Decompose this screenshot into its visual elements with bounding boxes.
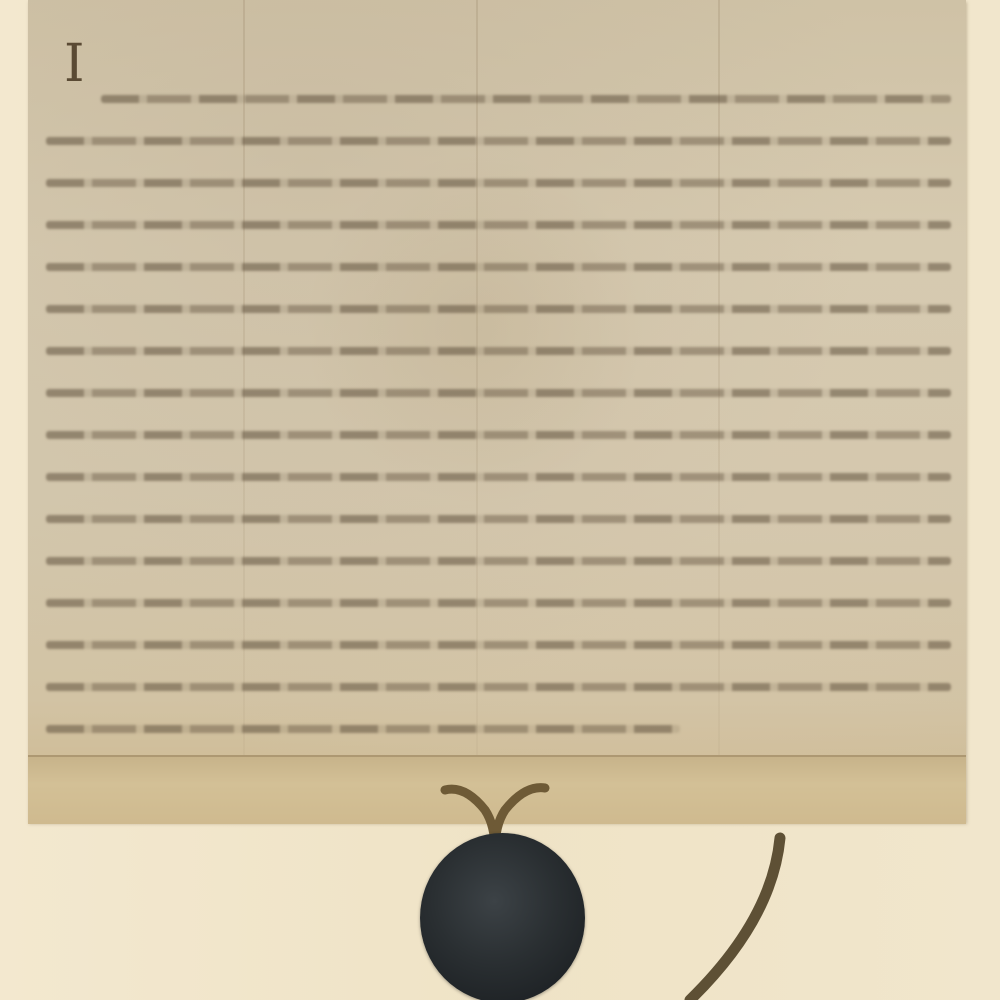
text-line — [46, 515, 951, 523]
decorated-initial: I — [64, 38, 89, 90]
text-line — [46, 431, 951, 439]
text-line — [46, 641, 951, 649]
text-line — [101, 95, 951, 103]
text-line — [46, 347, 951, 355]
text-line — [46, 557, 951, 565]
text-line — [46, 305, 951, 313]
text-line — [46, 599, 951, 607]
text-line — [46, 473, 951, 481]
text-line — [46, 137, 951, 145]
text-line — [46, 179, 951, 187]
text-line — [46, 263, 951, 271]
charter-text-block — [46, 95, 951, 767]
text-line — [46, 683, 951, 691]
wax-seal — [420, 833, 585, 1000]
text-line — [46, 389, 951, 397]
text-line — [46, 725, 680, 733]
charter-parchment: I — [28, 0, 966, 822]
silk-cord-icon — [660, 830, 820, 1000]
text-line — [46, 221, 951, 229]
